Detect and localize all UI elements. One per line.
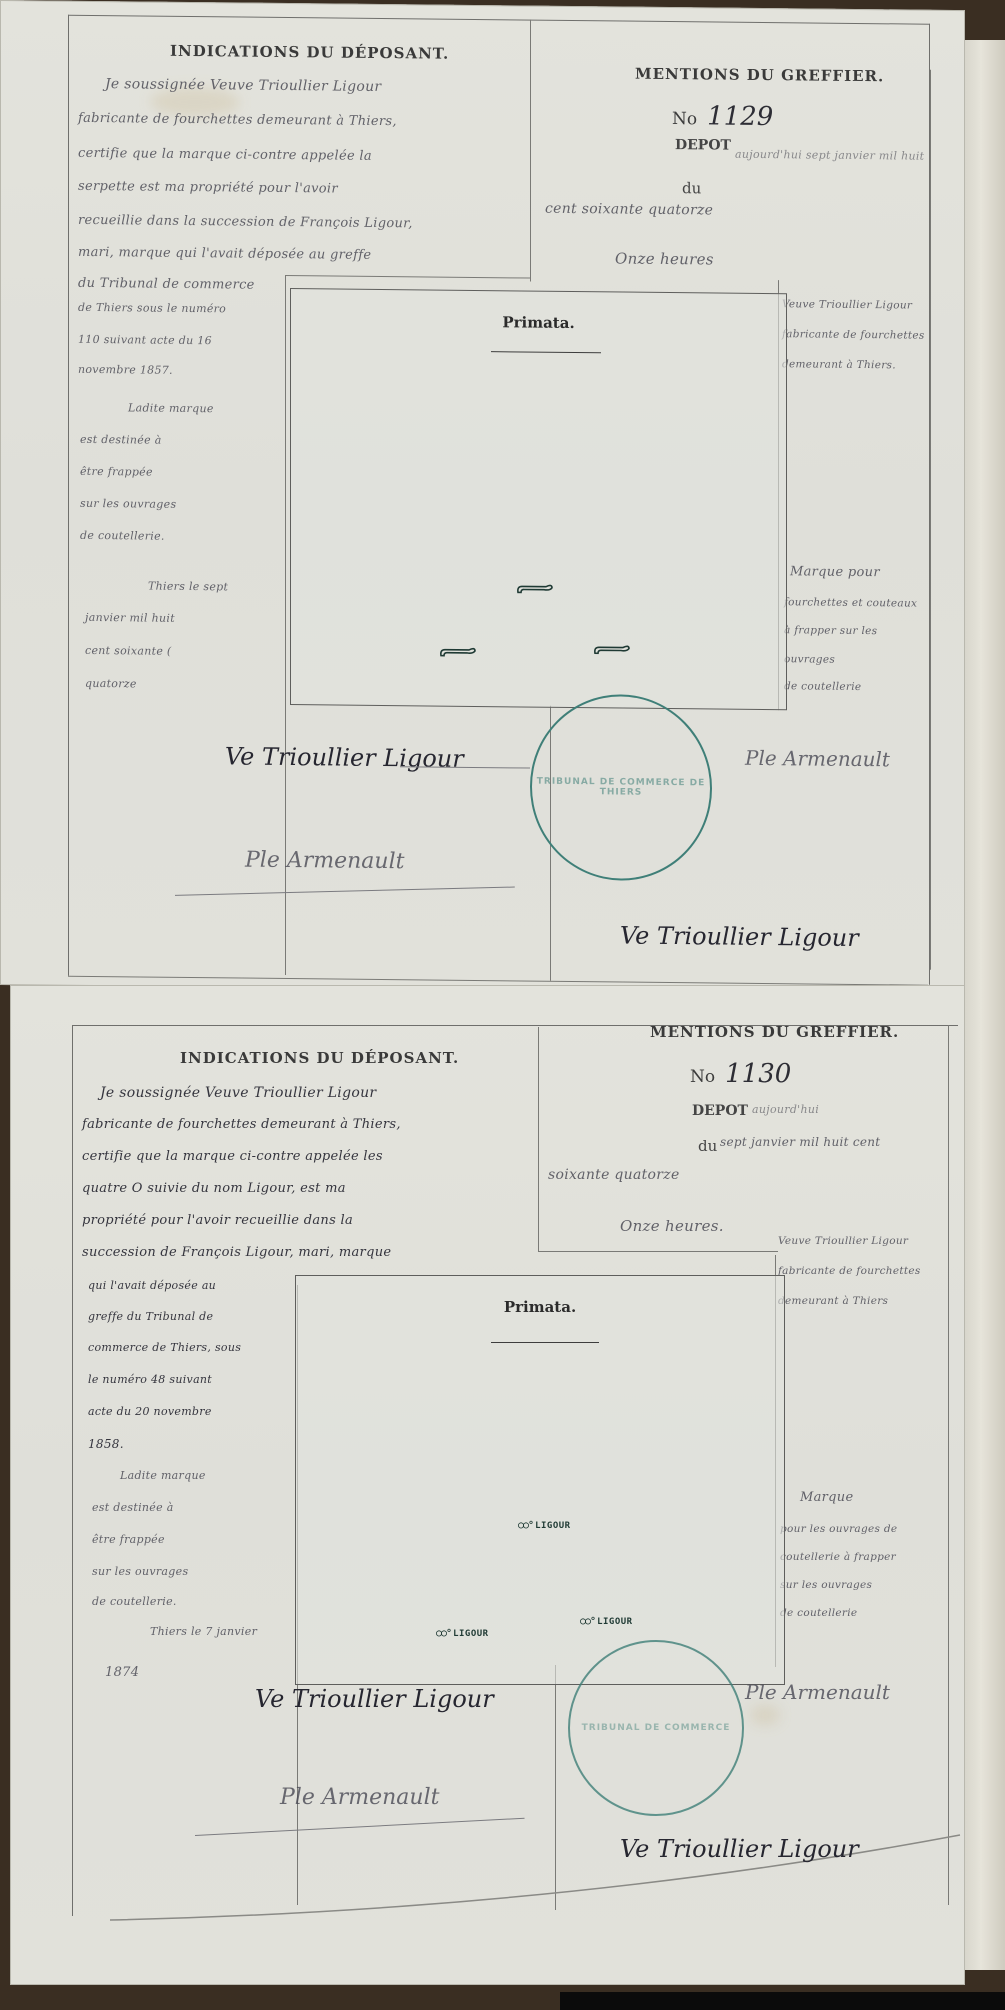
du-label: du (682, 179, 701, 197)
depositor-line: qui l'avait déposée au (88, 1279, 216, 1292)
far-right-rule (930, 70, 931, 970)
clerk-usage-note: ouvrages (784, 653, 835, 666)
depositor-line: 1874 (105, 1665, 139, 1680)
four-o-rings-icon: ○○° (436, 1628, 451, 1639)
depositor-line: janvier mil huit (85, 611, 175, 625)
depositor-line: quatorze (85, 677, 137, 691)
register-sheet-1130: INDICATIONS DU DÉPOSANT. MENTIONS DU GRE… (10, 985, 965, 1985)
depot-handwritten: aujourd'hui (752, 1103, 819, 1116)
clerk-signature: Ple Armenault (280, 1785, 439, 1810)
number-label: No (672, 109, 697, 129)
depositor-line: 110 suivant acte du 16 (78, 333, 212, 347)
clerk-date-line: cent soixante quatorze (545, 201, 713, 219)
four-o-rings-icon: ○○° (518, 1520, 533, 1531)
depositor-line: mari, marque qui l'avait déposée au gref… (78, 245, 371, 263)
depositor-line: être frappée (80, 465, 153, 479)
depositor-line: sur les ouvrages (92, 1565, 188, 1578)
depositor-signature-right: Ve Trioullier Ligour (620, 921, 859, 951)
depositor-line: être frappée (92, 1533, 165, 1546)
tribunal-seal: TRIBUNAL DE COMMERCE DE THIERS (530, 694, 712, 882)
column-divider-upper (538, 1027, 539, 1252)
depositor-line: Ladite marque (120, 1469, 206, 1482)
clerk-usage-note: de coutellerie (780, 1607, 857, 1619)
depositor-heading: INDICATIONS DU DÉPOSANT. (180, 1049, 459, 1067)
serpette-mark-icon (593, 642, 631, 654)
tribunal-seal: TRIBUNAL DE COMMERCE (568, 1640, 744, 1816)
depositor-line: Ladite marque (128, 401, 214, 415)
primata-title: Primata. (291, 311, 786, 334)
depositor-heading: INDICATIONS DU DÉPOSANT. (170, 42, 449, 63)
clerk-usage-note: sur les ouvrages (780, 1579, 872, 1591)
depositor-line: le numéro 48 suivant (88, 1373, 212, 1386)
depositor-line: certifie que la marque ci-contre appelée… (78, 146, 372, 164)
clerk-usage-note: à frapper sur les (784, 624, 877, 637)
ligour-mark: ○○°LIGOUR (436, 1628, 489, 1639)
primata-underline (491, 351, 601, 353)
clerk-hour-line: Onze heures. (620, 1217, 724, 1235)
depositor-line: de coutellerie. (92, 1595, 177, 1608)
clerk-usage-note: de coutellerie (784, 680, 861, 693)
depositor-line: 1858. (88, 1437, 124, 1451)
seal-text: TRIBUNAL DE COMMERCE (570, 1723, 742, 1733)
clerk-side-note: demeurant à Thiers. (782, 358, 896, 371)
depositor-line: est destinée à (80, 433, 162, 447)
primata-top-right-rule (538, 1251, 778, 1252)
depot-label: DEPOT (692, 1103, 748, 1119)
depositor-line: Thiers le 7 janvier (150, 1625, 257, 1638)
depositor-line: serpette est ma propriété pour l'avoir (78, 179, 338, 197)
depositor-line: est destinée à (92, 1501, 174, 1514)
depositor-line: de coutellerie. (80, 529, 165, 543)
clerk-date-line: sept janvier mil huit cent (720, 1135, 880, 1149)
depositor-signature-right: Ve Trioullier Ligour (620, 1835, 859, 1863)
serpette-mark-icon (516, 581, 554, 593)
clerk-usage-note: pour les ouvrages de (780, 1523, 897, 1535)
depositor-line: Je soussignée Veuve Trioullier Ligour (100, 1085, 376, 1101)
ligour-mark: ○○°LIGOUR (518, 1520, 571, 1531)
du-label: du (698, 1137, 717, 1155)
clerk-side-note: demeurant à Thiers (778, 1295, 888, 1307)
depot-label: DEPOT (675, 137, 731, 154)
deposit-number: No1130 (690, 1059, 791, 1089)
trademark-imprint-box: Primata. (290, 288, 787, 710)
primata-title: Primata. (296, 1298, 784, 1316)
far-right-rule (948, 1025, 949, 1905)
clerk-side-note: fabricante de fourchettes (782, 328, 925, 341)
serpette-mark-icon (439, 645, 477, 657)
clerk-hour-line: Onze heures (615, 249, 714, 268)
clerk-signature: Ple Armenault (245, 848, 404, 875)
mark-label: LIGOUR (597, 1617, 633, 1627)
depot-handwritten: aujourd'hui sept janvier mil huit (735, 148, 924, 163)
depositor-signature: Ve Trioullier Ligour (255, 1685, 494, 1713)
clerk-usage-note: Marque pour (790, 564, 880, 580)
register-sheet-1129: INDICATIONS DU DÉPOSANT. MENTIONS DU GRE… (0, 0, 965, 995)
depositor-line: cent soixante ( (85, 644, 172, 658)
deposit-number: No1129 (672, 101, 773, 132)
mark-label: LIGOUR (535, 1521, 571, 1531)
clerk-usage-note: fourchettes et couteaux (784, 596, 917, 609)
primata-underline (491, 1342, 599, 1343)
clerk-signature-right: Ple Armenault (745, 1680, 890, 1704)
depositor-line: commerce de Thiers, sous (88, 1341, 241, 1354)
clerk-side-note: Veuve Trioullier Ligour (782, 298, 912, 311)
column-divider-upper (530, 20, 531, 282)
depositor-line: quatre O suivie du nom Ligour, est ma (82, 1181, 346, 1196)
number-value: 1130 (725, 1059, 791, 1089)
depositor-line: greffe du Tribunal de (88, 1310, 213, 1323)
depositor-line: succession de François Ligour, mari, mar… (82, 1245, 391, 1260)
depositor-line: novembre 1857. (78, 363, 173, 377)
scan-border (560, 1992, 1005, 2010)
clerk-heading: MENTIONS DU GREFFIER. (635, 65, 884, 86)
depositor-line: certifie que la marque ci-contre appelée… (82, 1149, 383, 1164)
trademark-imprint-box: Primata. ○○°LIGOUR ○○°LIGOUR ○○°LIGOUR (295, 1275, 785, 1685)
number-value: 1129 (707, 101, 773, 132)
clerk-side-note: fabricante de fourchettes (778, 1265, 921, 1277)
mark-label: LIGOUR (453, 1629, 489, 1639)
book-binding-edge (965, 40, 1005, 1970)
depositor-signature: Ve Trioullier Ligour (225, 742, 464, 772)
four-o-rings-icon: ○○° (580, 1616, 595, 1627)
depositor-line: sur les ouvrages (80, 497, 176, 511)
depositor-line: propriété pour l'avoir recueillie dans l… (82, 1213, 353, 1228)
clerk-date-line: soixante quatorze (548, 1167, 680, 1183)
clerk-signature-right: Ple Armenault (745, 746, 890, 772)
depositor-line: acte du 20 novembre (88, 1405, 212, 1418)
depositor-line: Thiers le sept (148, 580, 228, 594)
seal-text: TRIBUNAL DE COMMERCE DE THIERS (532, 777, 710, 799)
clerk-usage-note: Marque (800, 1490, 853, 1505)
clerk-side-note: Veuve Trioullier Ligour (778, 1235, 908, 1247)
ligour-mark: ○○°LIGOUR (580, 1616, 633, 1627)
number-label: No (690, 1067, 715, 1087)
depositor-line: de Thiers sous le numéro (78, 301, 226, 316)
clerk-usage-note: coutellerie à frapper (780, 1551, 896, 1563)
depositor-line: du Tribunal de commerce (78, 276, 255, 293)
depositor-line: Je soussignée Veuve Trioullier Ligour (105, 76, 381, 95)
depositor-line: fabricante de fourchettes demeurant à Th… (82, 1117, 401, 1132)
clerk-heading: MENTIONS DU GREFFIER. (650, 1023, 899, 1041)
